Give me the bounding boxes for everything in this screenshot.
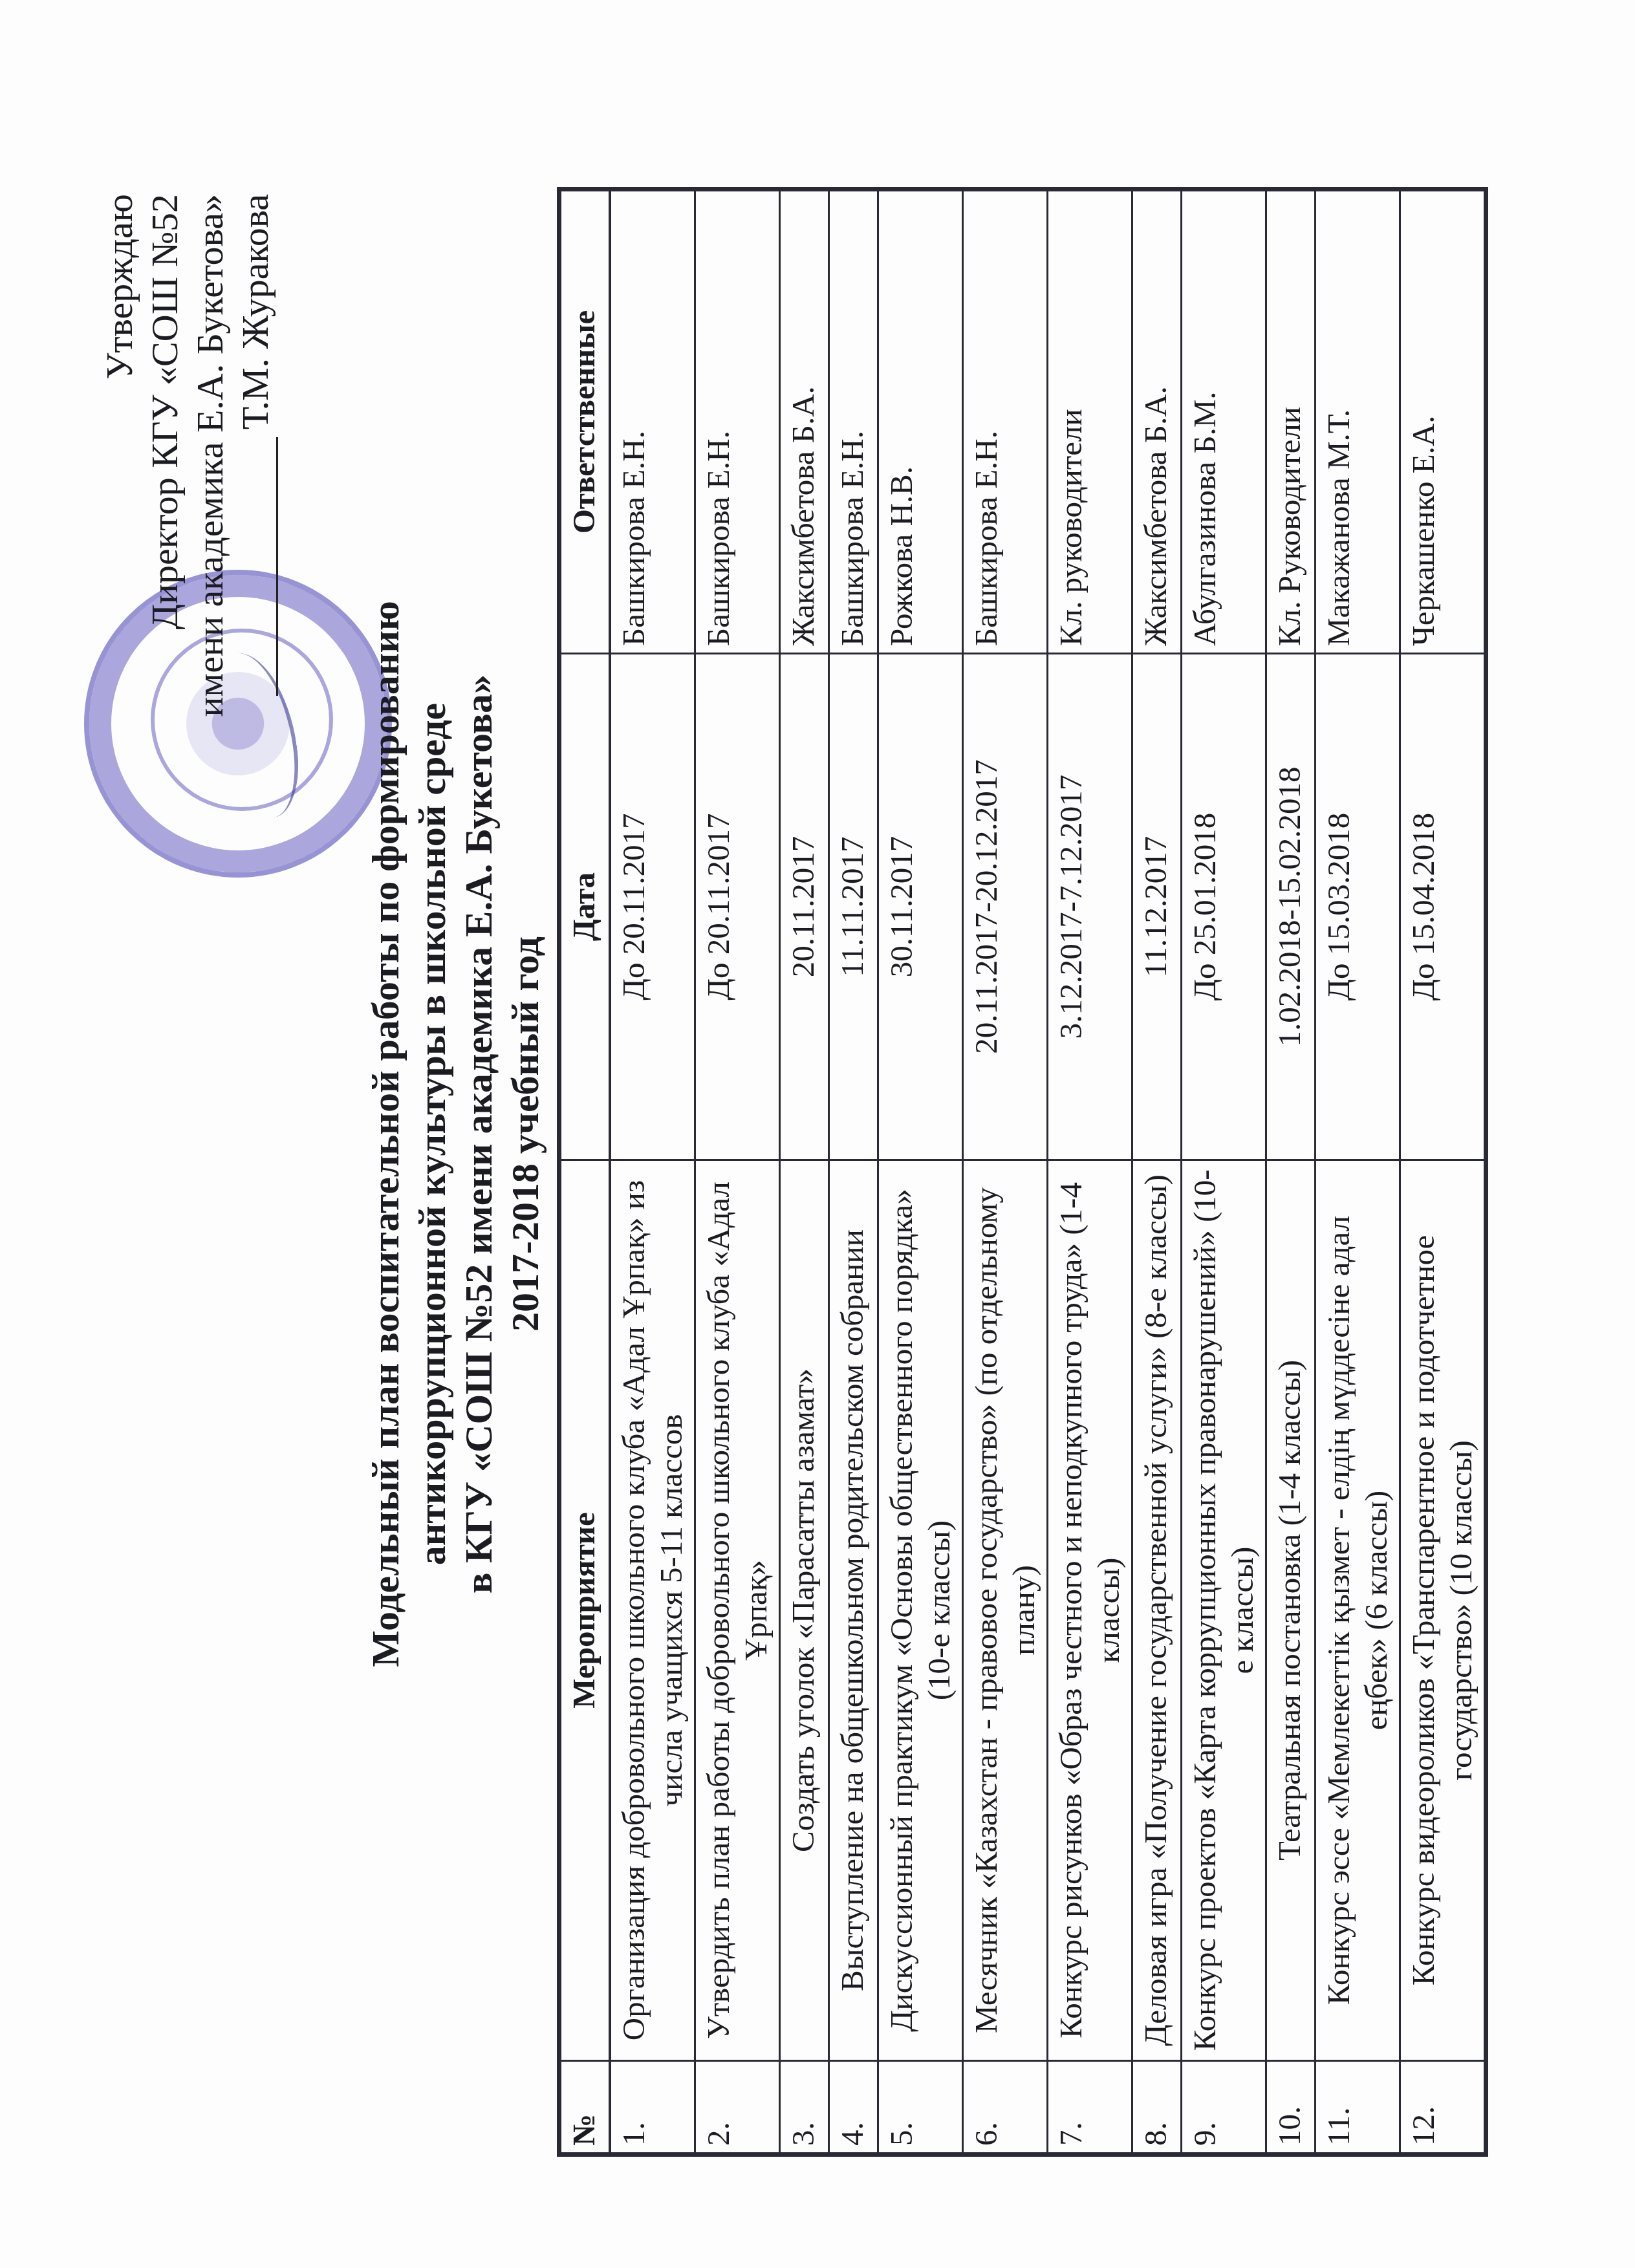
row-number: 1.: [610, 2061, 695, 2154]
row-number: 6.: [962, 2061, 1047, 2154]
header-num: №: [561, 2061, 610, 2154]
approval-block: Утверждаю Директор КГУ «СОШ №52 имени ак…: [97, 194, 278, 717]
row-event: Создать уголок «Парасатты азамат»: [779, 1160, 828, 2061]
row-responsible: Жаксимбетова Б.А.: [779, 191, 828, 654]
table-body: 1.Организация добровольного школьного кл…: [610, 191, 1485, 2154]
approval-position: Директор КГУ «СОШ №52: [142, 194, 188, 717]
row-responsible: Кл. руководители: [1047, 191, 1132, 654]
row-responsible: Макажанова М.Т.: [1315, 191, 1400, 654]
header-responsible: Ответственные: [561, 191, 610, 654]
row-date: 3.12.2017-7.12.2017: [1047, 654, 1132, 1160]
table-row: 2.Утвердить план работы добровольного шк…: [695, 191, 779, 2154]
row-number: 12.: [1400, 2061, 1484, 2154]
row-number: 8.: [1132, 2061, 1181, 2154]
table-row: 5.Дискуссионный практикум «Основы общест…: [878, 191, 962, 2154]
row-number: 9.: [1181, 2061, 1266, 2154]
row-event: Дискуссионный практикум «Основы обществе…: [878, 1160, 962, 2061]
title-line-3: в КГУ «СОШ №52 имени академика Е.А. Буке…: [455, 0, 502, 2268]
row-date: До 15.04.2018: [1400, 654, 1484, 1160]
row-responsible: Башкирова Е.Н.: [610, 191, 695, 654]
table-row: 9.Конкурс проектов «Карта коррупционных …: [1181, 191, 1266, 2154]
approval-heading: Утверждаю: [97, 194, 142, 717]
row-number: 10.: [1266, 2061, 1315, 2154]
row-event: Выступление на общешкольном родительском…: [828, 1160, 878, 2061]
row-responsible: Черкашенко Е.А.: [1400, 191, 1484, 654]
row-date: 1.02.2018-15.02.2018: [1266, 654, 1315, 1160]
row-date: До 15.03.2018: [1315, 654, 1400, 1160]
row-number: 5.: [878, 2061, 962, 2154]
document-page: Утверждаю Директор КГУ «СОШ №52 имени ак…: [0, 0, 1635, 2268]
table-header-row: № Мероприятие Дата Ответственные: [561, 191, 610, 2154]
approval-school-name: имени академика Е.А. Букетова»: [188, 194, 233, 717]
row-event: Утвердить план работы добровольного школ…: [695, 1160, 779, 2061]
approval-signatory: Т.М. Журакова: [233, 194, 278, 717]
row-responsible: Кл. Руководители: [1266, 191, 1315, 654]
header-event: Мероприятие: [561, 1160, 610, 2061]
row-number: 7.: [1047, 2061, 1132, 2154]
table-row: 11.Конкурс эссе «Мемлекеттік қызмет - ел…: [1315, 191, 1400, 2154]
row-date: 20.11.2017-20.12.2017: [962, 654, 1047, 1160]
title-line-4: 2017-2018 учебный год: [502, 0, 548, 2268]
table-row: 8.Деловая игра «Получение государственно…: [1132, 191, 1181, 2154]
row-number: 11.: [1315, 2061, 1400, 2154]
row-number: 3.: [779, 2061, 828, 2154]
row-event: Конкурс проектов «Карта коррупционных пр…: [1181, 1160, 1266, 2061]
table-row: 7.Конкурс рисунков «Образ честного и неп…: [1047, 191, 1132, 2154]
row-number: 4.: [828, 2061, 878, 2154]
row-event: Театральная постановка (1-4 классы): [1266, 1160, 1315, 2061]
header-date: Дата: [561, 654, 610, 1160]
row-date: 20.11.2017: [779, 654, 828, 1160]
row-event: Месячник «Казахстан - правовое государст…: [962, 1160, 1047, 2061]
row-event: Конкурс рисунков «Образ честного и непод…: [1047, 1160, 1132, 2061]
table-row: 4.Выступление на общешкольном родительск…: [828, 191, 878, 2154]
title-line-1: Модельный план воспитательной работы по …: [362, 0, 409, 2268]
row-event: Организация добровольного школьного клуб…: [610, 1160, 695, 2061]
row-date: До 25.01.2018: [1181, 654, 1266, 1160]
row-date: До 20.11.2017: [610, 654, 695, 1160]
title-line-2: антикоррупционной культуры в школьной ср…: [409, 0, 455, 2268]
table-row: 1.Организация добровольного школьного кл…: [610, 191, 695, 2154]
row-event: Конкурс видеороликов «Транспарентное и п…: [1400, 1160, 1484, 2061]
row-responsible: Башкирова Е.Н.: [962, 191, 1047, 654]
plan-table: № Мероприятие Дата Ответственные 1.Орган…: [559, 189, 1486, 2154]
row-responsible: Башкирова Е.Н.: [695, 191, 779, 654]
row-number: 2.: [695, 2061, 779, 2154]
row-event: Деловая игра «Получение государственной …: [1132, 1160, 1181, 2061]
row-responsible: Жаксимбетова Б.А.: [1132, 191, 1181, 654]
row-responsible: Рожкова Н.В.: [878, 191, 962, 654]
row-date: 30.11.2017: [878, 654, 962, 1160]
table-row: 10.Театральная постановка (1-4 классы)1.…: [1266, 191, 1315, 2154]
signatory-name: Т.М. Журакова: [234, 194, 276, 429]
table-row: 3.Создать уголок «Парасатты азамат»20.11…: [779, 191, 828, 2154]
row-event: Конкурс эссе «Мемлекеттік қызмет - елдің…: [1315, 1160, 1400, 2061]
row-responsible: Башкирова Е.Н.: [828, 191, 878, 654]
signature-line: [276, 437, 278, 696]
row-date: 11.12.2017: [1132, 654, 1181, 1160]
table-row: 12.Конкурс видеороликов «Транспарентное …: [1400, 191, 1484, 2154]
document-title: Модельный план воспитательной работы по …: [362, 0, 548, 2268]
row-responsible: Абулгазинова Б.М.: [1181, 191, 1266, 654]
table-row: 6.Месячник «Казахстан - правовое государ…: [962, 191, 1047, 2154]
row-date: До 20.11.2017: [695, 654, 779, 1160]
row-date: 11.11.2017: [828, 654, 878, 1160]
